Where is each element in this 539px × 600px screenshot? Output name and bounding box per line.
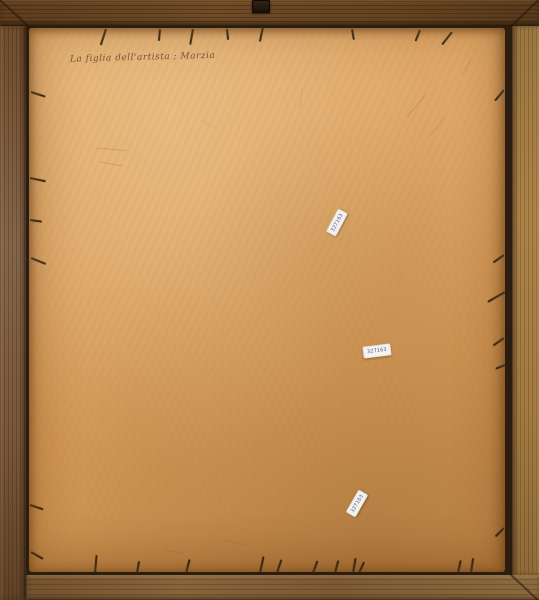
hanging-bracket — [252, 0, 270, 13]
backing-paper: La figlia dell'artista ; Marzia — [29, 28, 505, 572]
inventory-label-2-text: 327163 — [367, 347, 387, 355]
frame-left — [0, 26, 26, 600]
frame-bottom — [26, 575, 539, 600]
framed-artwork-back: La figlia dell'artista ; Marzia 327163 3… — [0, 0, 539, 600]
paper-texture — [29, 28, 505, 572]
frame-right — [512, 26, 539, 575]
